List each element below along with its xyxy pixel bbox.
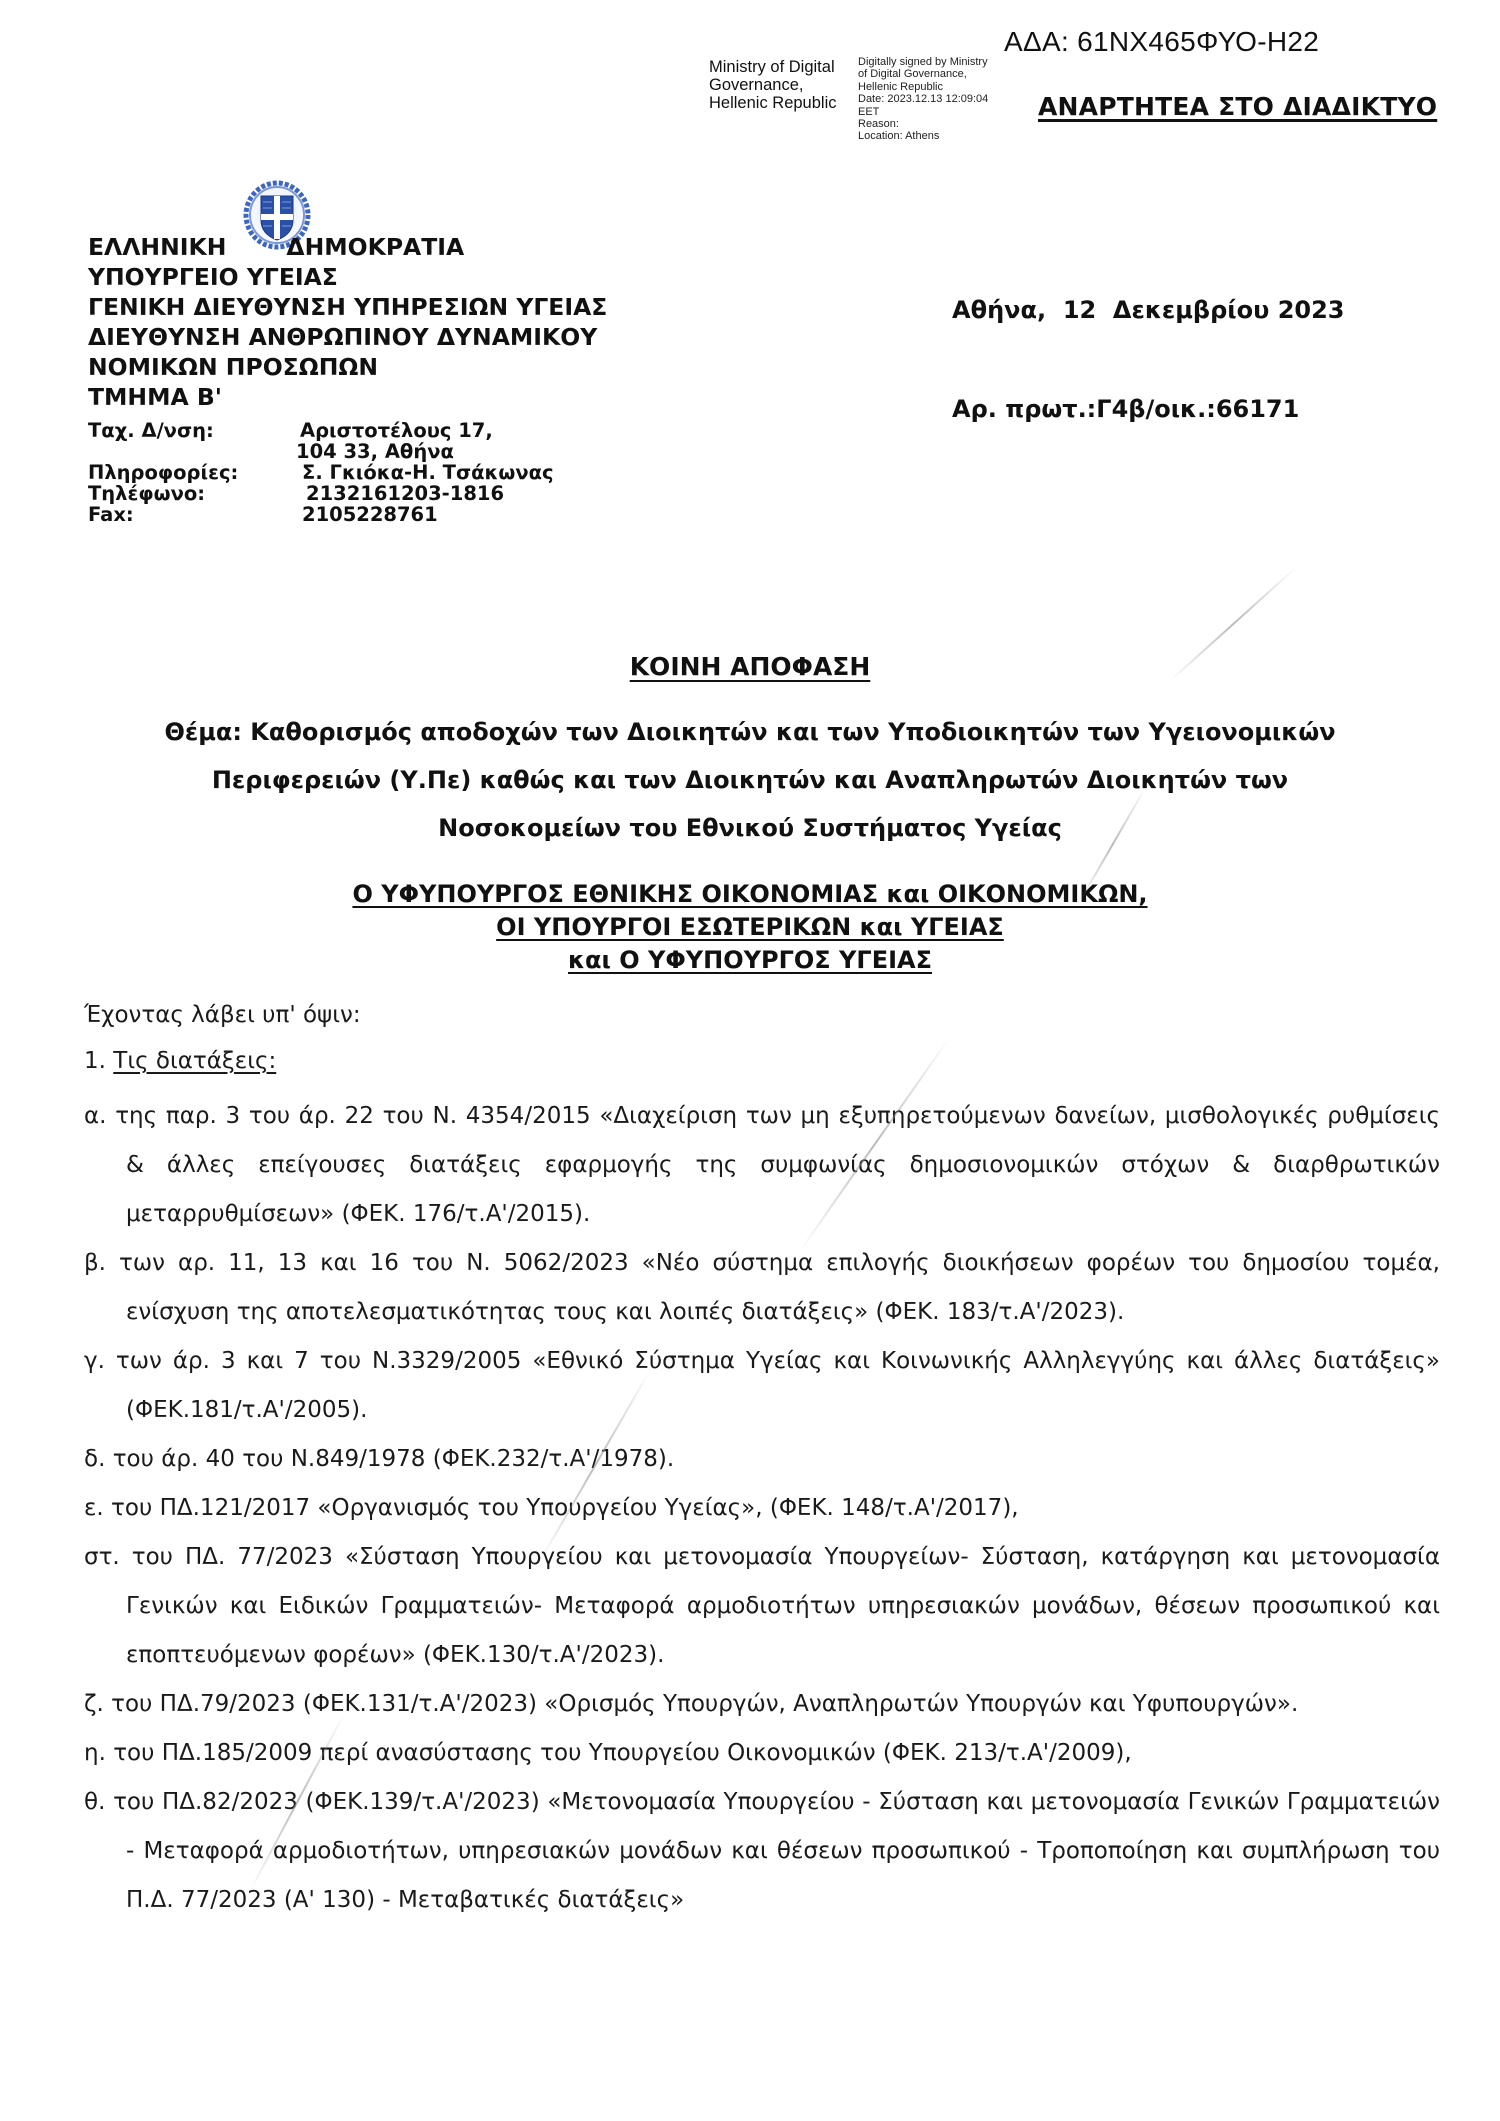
signature-detail-line: of Digital Governance, — [858, 68, 988, 80]
contact-value: 104 33, Αθήνα — [296, 441, 454, 462]
signature-line: Governance, — [709, 76, 836, 94]
contact-label: Ταχ. Δ/νση: — [88, 420, 214, 441]
considering-intro: Έχοντας λάβει υπ' όψιν: — [84, 1002, 1440, 1028]
list-item: β. των αρ. 11, 13 και 16 του Ν. 5062/202… — [84, 1239, 1440, 1337]
ministers-line: Ο ΥΦΥΠΟΥΡΓΟΣ ΕΘΝΙΚΗΣ ΟΙΚΟΝΟΜΙΑΣ και ΟΙΚΟ… — [0, 878, 1500, 911]
date-protocol-block: Αθήνα, 12 Δεκεμβρίου 2023 Αρ. πρωτ.:Γ4β/… — [952, 228, 1344, 459]
signature-detail-line: Location: Athens — [858, 130, 988, 142]
contact-value: 2105228761 — [302, 504, 438, 525]
list-item: α. της παρ. 3 του άρ. 22 του Ν. 4354/201… — [84, 1092, 1440, 1239]
document-title: ΚΟΙΝΗ ΑΠΟΦΑΣΗ — [0, 652, 1500, 681]
contact-label: Πληροφορίες: — [88, 462, 238, 483]
document-subject: Θέμα: Καθορισμός αποδοχών των Διοικητών … — [0, 708, 1500, 852]
signature-detail-line: EET — [858, 106, 988, 118]
document-date: Αθήνα, 12 Δεκεμβρίου 2023 — [952, 294, 1344, 327]
subject-line: Θέμα: Καθορισμός αποδοχών των Διοικητών … — [0, 708, 1500, 756]
ministers-line: ΟΙ ΥΠΟΥΡΓΟΙ ΕΣΩΤΕΡΙΚΩΝ και ΥΓΕΙΑΣ — [0, 911, 1500, 944]
provisions-list: α. της παρ. 3 του άρ. 22 του Ν. 4354/201… — [84, 1092, 1440, 1925]
republic-heading-left: ΕΛΛΗΝΙΚΗ — [88, 233, 226, 261]
subject-line: Νοσοκομείων του Εθνικού Συστήματος Υγεία… — [0, 804, 1500, 852]
ministers-line: και Ο ΥΦΥΠΟΥΡΓΟΣ ΥΓΕΙΑΣ — [0, 944, 1500, 977]
republic-heading-right: ΔΗΜΟΚΡΑΤΙΑ — [286, 233, 464, 261]
directorate-continued: ΝΟΜΙΚΩΝ ΠΡΟΣΩΠΩΝ — [88, 352, 378, 382]
list-item: θ. του ΠΔ.82/2023 (ΦΕΚ.139/τ.Α'/2023) «Μ… — [84, 1778, 1440, 1925]
list-item: δ. του άρ. 40 του Ν.849/1978 (ΦΕΚ.232/τ.… — [84, 1435, 1440, 1484]
section-heading: 1. Τις διατάξεις: — [84, 1048, 1440, 1074]
contact-value: Αριστοτέλους 17, — [300, 420, 493, 441]
contact-label: Τηλέφωνο: — [88, 483, 205, 504]
signature-line: Hellenic Republic — [709, 94, 836, 112]
signature-detail-line: Reason: — [858, 118, 988, 130]
list-item: ζ. του ΠΔ.79/2023 (ΦΕΚ.131/τ.Α'/2023) «Ο… — [84, 1680, 1440, 1729]
signature-detail-line: Digitally signed by Ministry — [858, 56, 988, 68]
contact-value: Σ. Γκιόκα-Η. Τσάκωνας — [302, 462, 554, 483]
list-item: στ. του ΠΔ. 77/2023 «Σύσταση Υπουργείου … — [84, 1533, 1440, 1680]
subject-line: Περιφερειών (Υ.Πε) καθώς και των Διοικητ… — [0, 756, 1500, 804]
digital-signature-name: Ministry of Digital Governance, Hellenic… — [709, 58, 836, 112]
signature-detail-line: Hellenic Republic — [858, 81, 988, 93]
general-directorate: ΓΕΝΙΚΗ ΔΙΕΥΘΥΝΣΗ ΥΠΗΡΕΣΙΩΝ ΥΓΕΙΑΣ — [88, 292, 607, 322]
signature-line: Ministry of Digital — [709, 58, 836, 76]
post-online-notice: ΑΝΑΡΤΗΤΕΑ ΣΤΟ ΔΙΑΔΙΚΤΥΟ — [1038, 92, 1437, 121]
section-title: Τις διατάξεις: — [113, 1048, 276, 1074]
contact-label: Fax: — [88, 504, 134, 525]
signature-detail-line: Date: 2023.12.13 12:09:04 — [858, 93, 988, 105]
ada-code: ΑΔΑ: 61ΝΧ465ΦΥΟ-Η22 — [1004, 26, 1319, 58]
digital-signature-details: Digitally signed by Ministry of Digital … — [858, 56, 988, 143]
republic-heading: ΕΛΛΗΝΙΚΗΔΗΜΟΚΡΑΤΙΑ — [88, 232, 464, 262]
issuing-ministers: Ο ΥΦΥΠΟΥΡΓΟΣ ΕΘΝΙΚΗΣ ΟΙΚΟΝΟΜΙΑΣ και ΟΙΚΟ… — [0, 878, 1500, 977]
directorate: ΔΙΕΥΘΥΝΣΗ ΑΝΘΡΩΠΙΝΟΥ ΔΥΝΑΜΙΚΟΥ — [88, 322, 597, 352]
list-item: ε. του ΠΔ.121/2017 «Οργανισμός του Υπουρ… — [84, 1484, 1440, 1533]
contact-value: 2132161203-1816 — [306, 483, 504, 504]
protocol-number: Αρ. πρωτ.:Γ4β/οικ.:66171 — [952, 393, 1344, 426]
ministry-name: ΥΠΟΥΡΓΕΙΟ ΥΓΕΙΑΣ — [88, 262, 338, 292]
list-item: η. του ΠΔ.185/2009 περί ανασύστασης του … — [84, 1729, 1440, 1778]
section-number: 1. — [84, 1048, 106, 1074]
list-item: γ. των άρ. 3 και 7 του Ν.3329/2005 «Εθνι… — [84, 1337, 1440, 1435]
department: ΤΜΗΜΑ Β' — [88, 382, 222, 412]
